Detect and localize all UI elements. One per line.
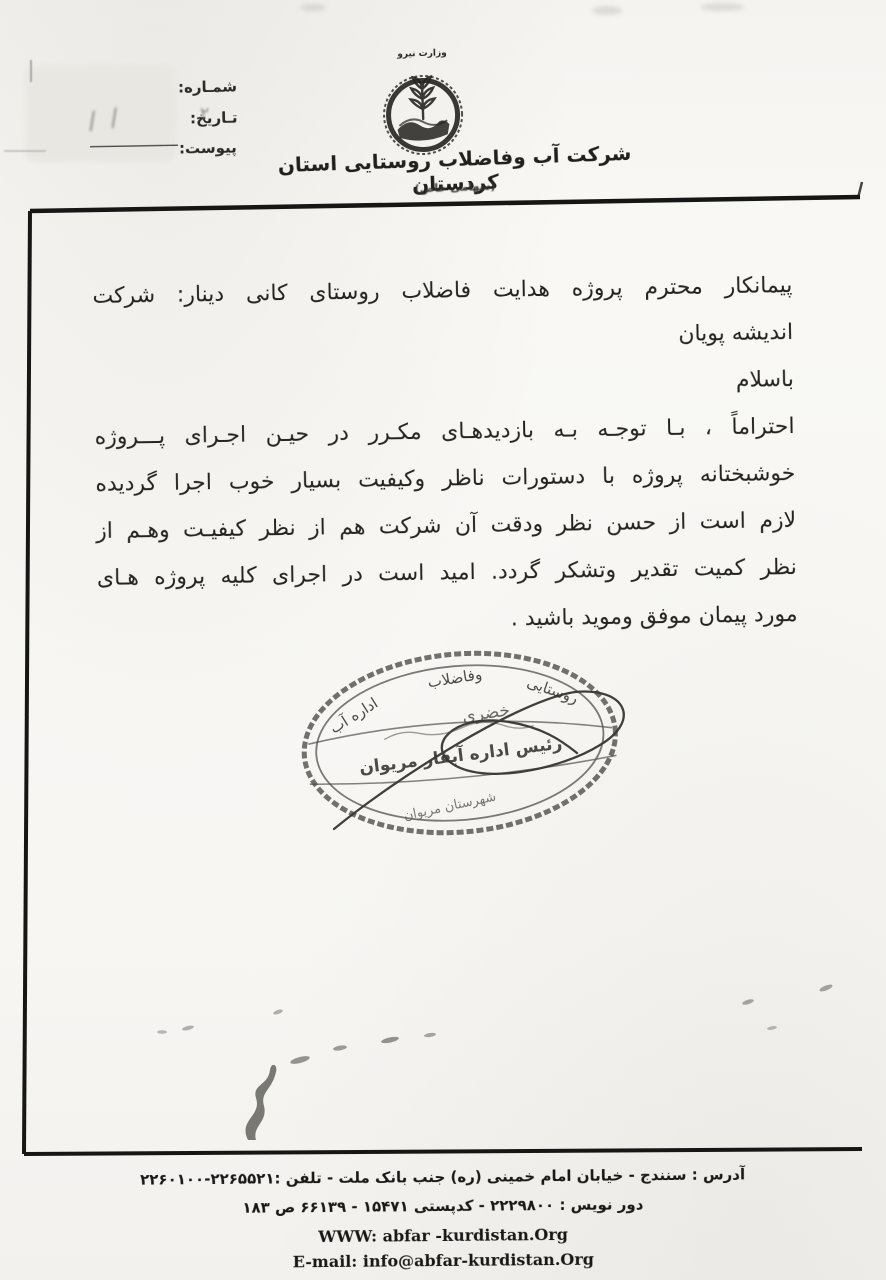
frame-left-border [24, 211, 30, 1154]
ink-specks [157, 983, 833, 1140]
footer-email: E-mail: info@abfar-kurdistan.Org [0, 1247, 886, 1274]
letterhead-footer: آدرس : سنندج - خیابان امام خمینی (ره) جن… [0, 1164, 886, 1280]
scanned-letter-page: { "header": { "ministry": "وزارت نیرو", … [0, 0, 886, 1280]
stamp-title: رئیس اداره آبفار مریوان [358, 732, 563, 779]
office-stamp: اداره آب وفاضلاب روستایی خضری رئیس اداره… [285, 631, 635, 859]
footer-fax-postal: دور نویس : ۲۲۲۹۸۰۰ - کدپستی ۱۵۴۷۱ - ۶۶۱۳… [0, 1193, 886, 1219]
stamp-seal-icon: اداره آب وفاضلاب روستایی خضری رئیس اداره… [285, 631, 635, 859]
footer-website: WWW: abfar -kurdistan.Org [0, 1222, 886, 1249]
letter-body: پیمانکار محترم پروژه هدایت فاضلاب روستای… [92, 262, 798, 649]
frame-bottom-border [24, 1149, 862, 1154]
frame-top-border [30, 197, 860, 211]
frame-corner-stub [858, 182, 862, 198]
